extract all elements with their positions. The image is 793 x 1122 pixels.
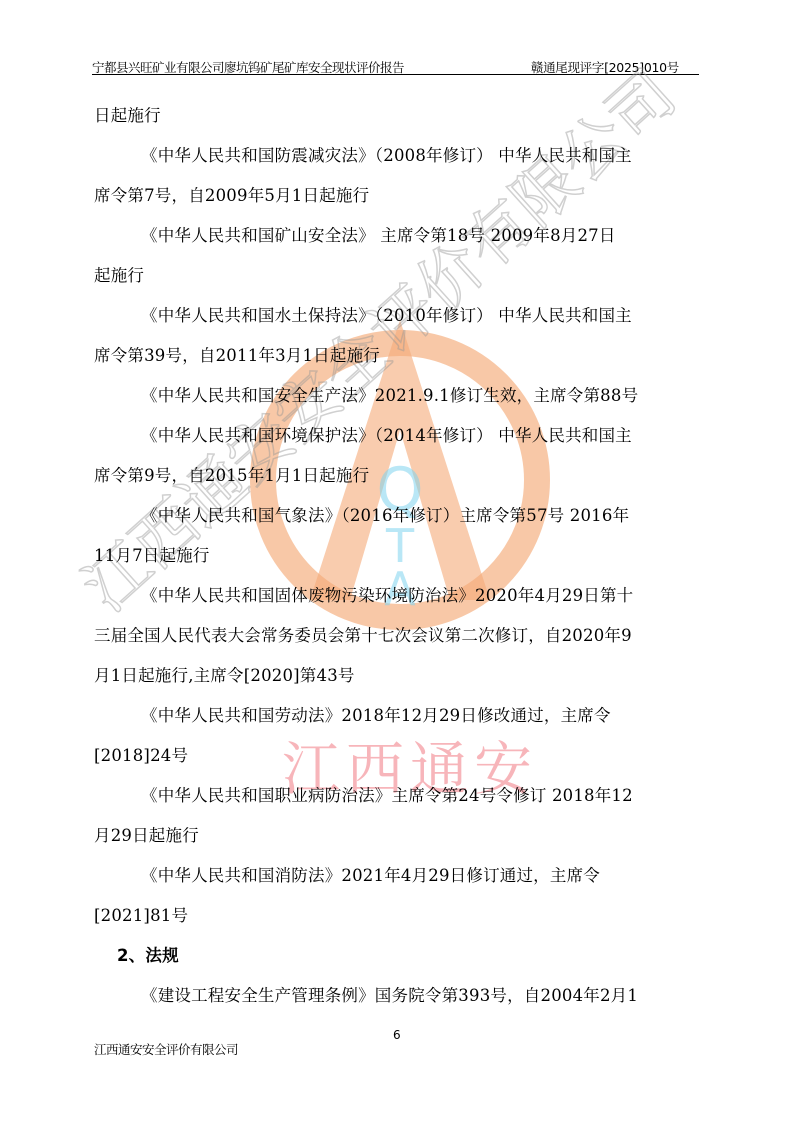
law-item: 《中华人民共和国矿山安全法》 主席令第18号 2009年8月27日 [94, 220, 700, 260]
law-item: 《中华人民共和国环境保护法》（2014年修订） 中华人民共和国主 [94, 420, 700, 460]
text-line: 月29日起施行 [94, 820, 700, 860]
report-title: 宁都县兴旺矿业有限公司廖坑钨矿尾矿库安全现状评价报告 [92, 58, 404, 76]
law-item: 《中华人民共和国劳动法》2018年12月29日修改通过，主席令 [94, 700, 700, 740]
footer-company: 江西通安安全评价有限公司 [94, 1040, 238, 1058]
document-number: 赣通尾现评字[2025]010号 [531, 58, 679, 76]
section-heading: 2、法规 [94, 940, 700, 980]
text-line: 席令第9号，自2015年1月1日起施行 [94, 460, 700, 500]
text-line: [2021]81号 [94, 900, 700, 940]
text-line: [2018]24号 [94, 740, 700, 780]
text-line: 日起施行 [94, 100, 700, 140]
regulation-item: 《建设工程安全生产管理条例》国务院令第393号，自2004年2月1 [94, 980, 700, 1020]
text-line: 月1日起施行,主席令[2020]第43号 [94, 660, 700, 700]
text-line: 11月7日起施行 [94, 540, 700, 580]
law-item: 《中华人民共和国安全生产法》2021.9.1修订生效，主席令第88号 [94, 380, 700, 420]
law-item: 《中华人民共和国固体废物污染环境防治法》2020年4月29日第十 [94, 580, 700, 620]
law-item: 《中华人民共和国职业病防治法》主席令第24号令修订 2018年12 [94, 780, 700, 820]
law-item: 《中华人民共和国水土保持法》（2010年修订） 中华人民共和国主 [94, 300, 700, 340]
page-number: 6 [393, 1028, 401, 1042]
law-item: 《中华人民共和国防震减灾法》（2008年修订） 中华人民共和国主 [94, 140, 700, 180]
text-line: 席令第7号，自2009年5月1日起施行 [94, 180, 700, 220]
text-line: 席令第39号，自2011年3月1日起施行 [94, 340, 700, 380]
law-item: 《中华人民共和国消防法》2021年4月29日修订通过，主席令 [94, 860, 700, 900]
page-header: 宁都县兴旺矿业有限公司廖坑钨矿尾矿库安全现状评价报告 赣通尾现评字[2025]0… [92, 58, 699, 75]
law-item: 《中华人民共和国气象法》（2016年修订）主席令第57号 2016年 [94, 500, 700, 540]
document-body: 日起施行 《中华人民共和国防震减灾法》（2008年修订） 中华人民共和国主 席令… [94, 100, 700, 1020]
text-line: 三届全国人民代表大会常务委员会第十七次会议第二次修订，自2020年9 [94, 620, 700, 660]
text-line: 起施行 [94, 260, 700, 300]
